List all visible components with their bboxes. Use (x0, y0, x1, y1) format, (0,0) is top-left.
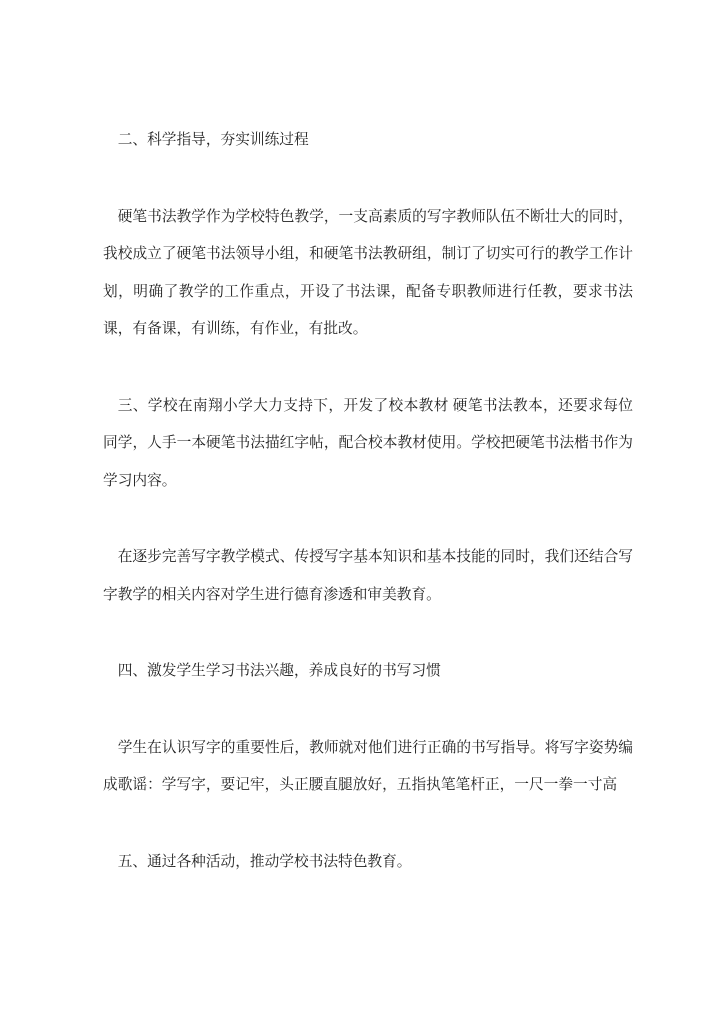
section-heading-5: 五、通过各种活动，推动学校书法特色教育。 (103, 844, 633, 882)
paragraph-moral-aesthetic-education: 在逐步完善写字教学模式、传授写字基本知识和基本技能的同时，我们还结合写字教学的相… (103, 539, 633, 614)
section-heading-2: 二、科学指导，夯实训练过程 (103, 122, 633, 160)
paragraph-writing-posture: 学生在认识写字的重要性后，教师就对他们进行正确的书写指导。将写字姿势编成歌谣：学… (103, 730, 633, 805)
document-page: 二、科学指导，夯实训练过程 硬笔书法教学作为学校特色教学，一支高素质的写字教师队… (0, 0, 721, 1020)
section-heading-4: 四、激发学生学习书法兴趣，养成良好的书写习惯 (103, 653, 633, 691)
paragraph-school-textbook: 三、学校在南翔小学大力支持下，开发了校本教材 硬笔书法教本，还要求每位同学，人手… (103, 388, 633, 501)
paragraph-training-process: 硬笔书法教学作为学校特色教学，一支高素质的写字教师队伍不断壮大的同时，我校成立了… (103, 199, 633, 349)
